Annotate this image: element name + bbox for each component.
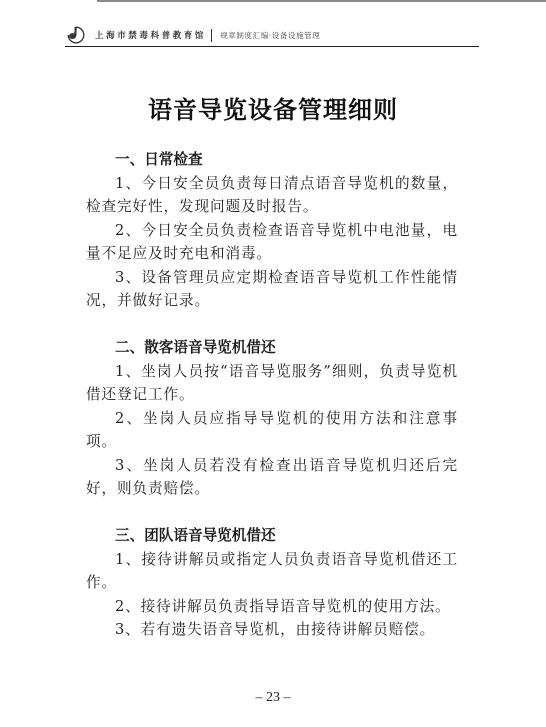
section-daily-inspection: 一、日常检查 1、今日安全员负责每日清点语音导览机的数量，检查完好性，发现问题及… [86,148,458,313]
section-group-lending: 三、团队语音导览机借还 1、接待讲解员或指定人员负责语音导览机借还工作。 2、接… [86,524,458,642]
paragraph: 1、接待讲解员或指定人员负责语音导览机借还工作。 [86,548,458,595]
paragraph: 3、坐岗人员若没有检查出语音导览机归还后完好，则负责赔偿。 [86,454,458,501]
paragraph: 2、坐岗人员应指导导览机的使用方法和注意事项。 [86,407,458,454]
section-heading: 三、团队语音导览机借还 [86,524,458,548]
paragraph: 3、若有遗失语音导览机，由接待讲解员赔偿。 [86,618,458,642]
section-heading: 一、日常检查 [86,148,458,172]
museum-logo-icon [67,26,85,44]
paragraph: 1、今日安全员负责每日清点语音导览机的数量，检查完好性，发现问题及时报告。 [86,172,458,219]
section-individual-lending: 二、散客语音导览机借还 1、坐岗人员按“语音导览服务”细则，负责导览机借还登记工… [86,336,458,501]
page-number: – 23 – [0,690,546,706]
top-edge-bar [97,0,546,2]
paragraph: 2、接待讲解员负责指导语音导览机的使用方法。 [86,595,458,619]
document-body: 一、日常检查 1、今日安全员负责每日清点语音导览机的数量，检查完好性，发现问题及… [86,148,458,642]
organization-name: 上海市禁毒科普教育馆 [95,29,206,41]
page-title: 语音导览设备管理细则 [0,90,546,125]
section-heading: 二、散客语音导览机借还 [86,336,458,360]
header-divider [211,29,212,42]
document-series-title: 规章制度汇编·设备设施管理 [220,30,320,41]
paragraph: 2、今日安全员负责检查语音导览机中电池量，电量不足应及时充电和消毒。 [86,219,458,266]
running-header: 上海市禁毒科普教育馆 规章制度汇编·设备设施管理 [65,24,479,47]
paragraph: 1、坐岗人员按“语音导览服务”细则，负责导览机借还登记工作。 [86,360,458,407]
paragraph: 3、设备管理员应定期检查语音导览机工作性能情况，并做好记录。 [86,266,458,313]
